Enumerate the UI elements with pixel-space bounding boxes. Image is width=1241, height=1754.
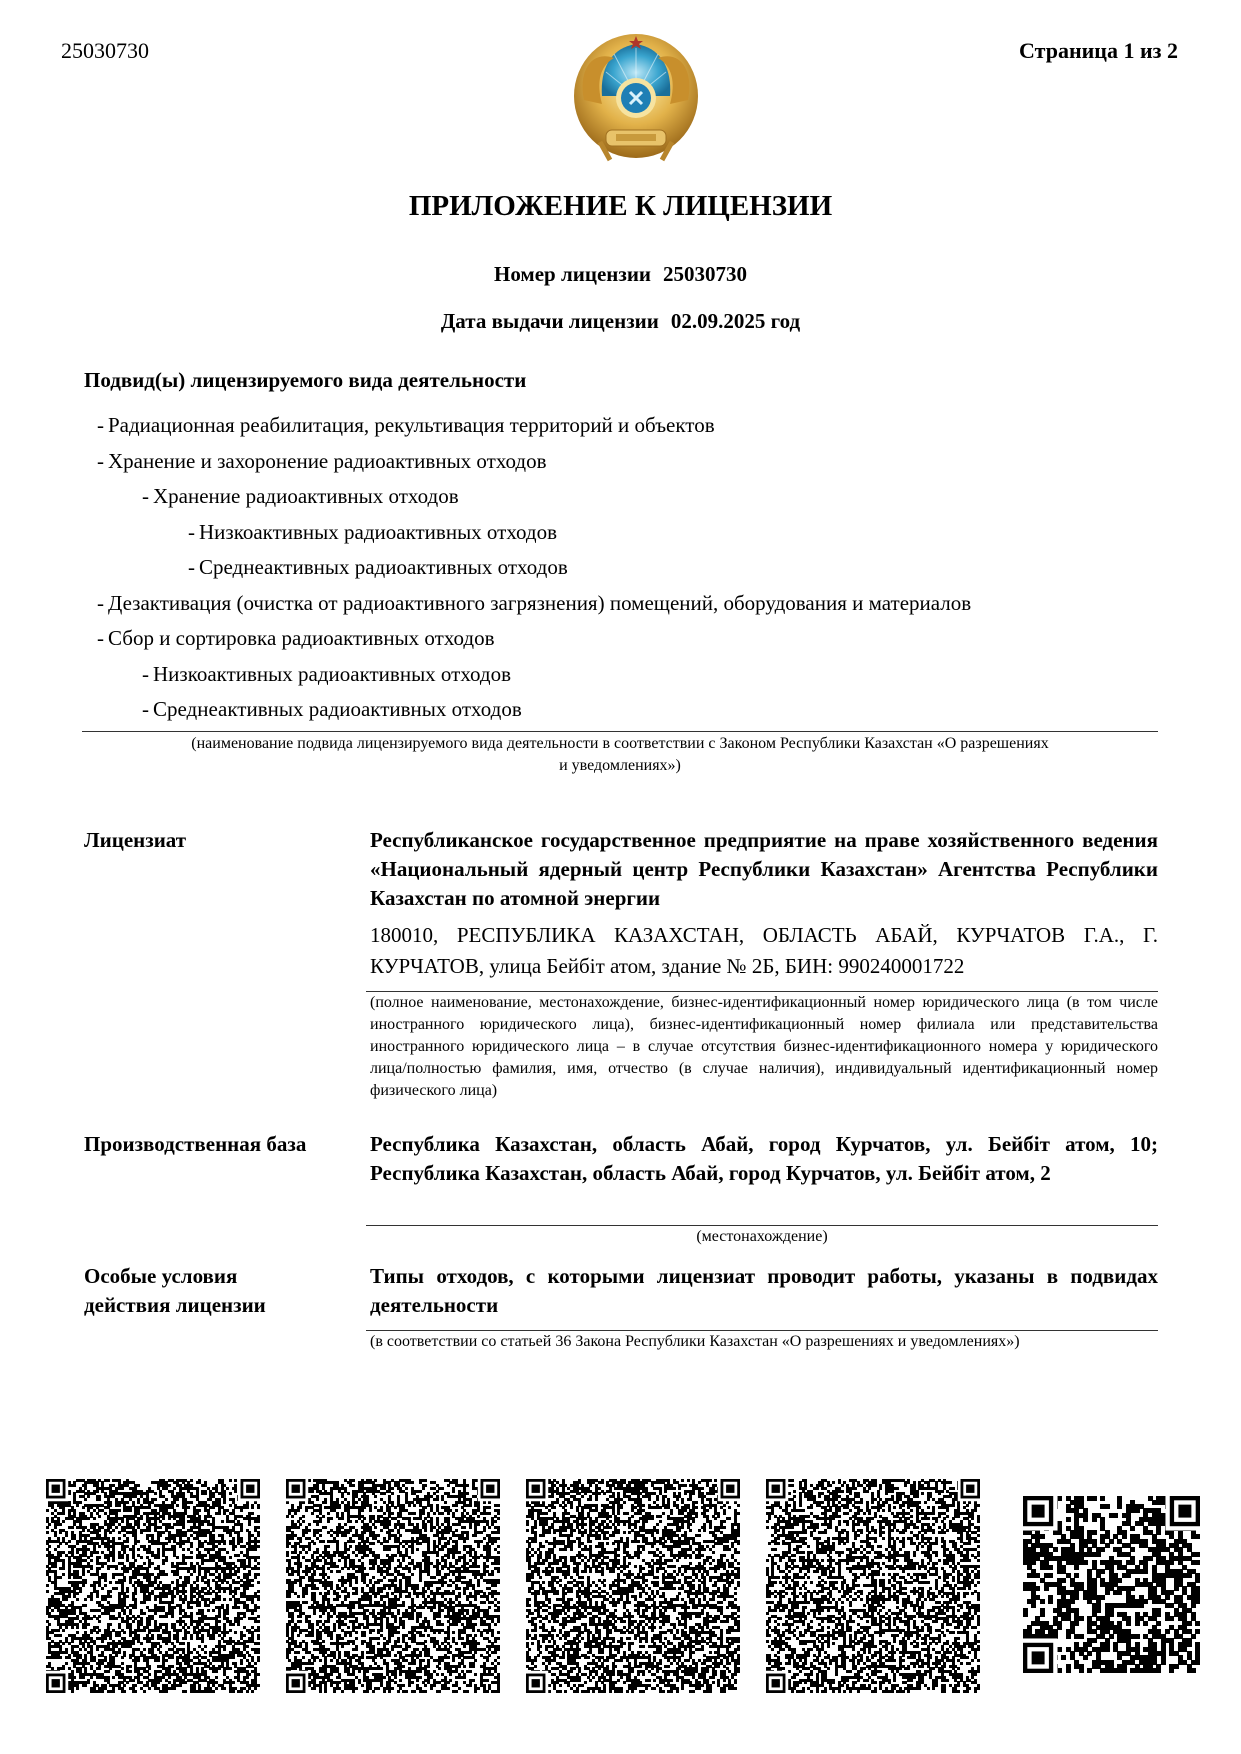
activity-item: -Хранение радиоактивных отходов: [142, 484, 459, 509]
activities-heading: Подвид(ы) лицензируемого вида деятельнос…: [84, 368, 526, 393]
activity-text: Среднеактивных радиоактивных отходов: [153, 697, 522, 721]
activity-item: -Хранение и захоронение радиоактивных от…: [97, 449, 547, 474]
document-number: 25030730: [61, 38, 149, 64]
activity-item: -Дезактивация (очистка от радиоактивного…: [97, 591, 971, 616]
production-base-value: Республика Казахстан, область Абай, горо…: [370, 1130, 1158, 1188]
activity-text: Низкоактивных радиоактивных отходов: [153, 662, 511, 686]
activity-item: -Среднеактивных радиоактивных отходов: [188, 555, 568, 580]
special-conditions-label-line-1: Особые условия: [84, 1262, 266, 1291]
activity-text: Хранение радиоактивных отходов: [153, 484, 459, 508]
activities-note-line-2: и уведомлениях»): [82, 755, 1158, 777]
activity-text: Низкоактивных радиоактивных отходов: [199, 520, 557, 544]
bullet-dash: -: [142, 484, 153, 509]
activity-item: -Низкоактивных радиоактивных отходов: [188, 520, 557, 545]
activity-text: Сбор и сортировка радиоактивных отходов: [108, 626, 495, 650]
licensee-note: (полное наименование, местонахождение, б…: [370, 992, 1158, 1102]
licensee-address: 180010, РЕСПУБЛИКА КАЗАХСТАН, ОБЛАСТЬ АБ…: [370, 920, 1158, 982]
activity-item: -Радиационная реабилитация, рекультиваци…: [97, 413, 715, 438]
license-date-value: 02.09.2025 год: [671, 309, 800, 333]
special-conditions-label-line-2: действия лицензии: [84, 1291, 266, 1320]
qr-code-5-icon: [1023, 1496, 1200, 1673]
bullet-dash: -: [142, 697, 153, 722]
qr-code-4-icon: [766, 1479, 980, 1693]
qr-code-2-icon: [286, 1479, 500, 1693]
license-number-value: 25030730: [663, 262, 747, 286]
production-base-note: (местонахождение): [366, 1226, 1158, 1248]
bullet-dash: -: [97, 626, 108, 651]
page-counter: Страница 1 из 2: [1019, 38, 1178, 64]
activity-text: Хранение и захоронение радиоактивных отх…: [108, 449, 547, 473]
activities-divider: [82, 731, 1158, 732]
page-title: ПРИЛОЖЕНИЕ К ЛИЦЕНЗИИ: [0, 190, 1241, 223]
bullet-dash: -: [97, 591, 108, 616]
activity-text: Радиационная реабилитация, рекультивация…: [108, 413, 715, 437]
qr-code-3-icon: [526, 1479, 740, 1693]
activity-text: Среднеактивных радиоактивных отходов: [199, 555, 568, 579]
bullet-dash: -: [188, 555, 199, 580]
activities-note: (наименование подвида лицензируемого вид…: [82, 733, 1158, 777]
bullet-dash: -: [188, 520, 199, 545]
bullet-dash: -: [97, 413, 108, 438]
activity-item: -Низкоактивных радиоактивных отходов: [142, 662, 511, 687]
bullet-dash: -: [97, 449, 108, 474]
special-conditions-note: (в соответствии со статьей 36 Закона Рес…: [370, 1331, 1158, 1353]
kazakhstan-state-emblem-icon: [570, 30, 702, 165]
license-date-line: Дата выдачи лицензии02.09.2025 год: [0, 309, 1241, 334]
qr-code-1-icon: [46, 1479, 260, 1693]
special-conditions-value: Типы отходов, с которыми лицензиат прово…: [370, 1262, 1158, 1320]
license-number-line: Номер лицензии25030730: [0, 262, 1241, 287]
activity-item: -Сбор и сортировка радиоактивных отходов: [97, 626, 495, 651]
activity-item: -Среднеактивных радиоактивных отходов: [142, 697, 522, 722]
licensee-label: Лицензиат: [84, 826, 186, 855]
bullet-dash: -: [142, 662, 153, 687]
special-conditions-label: Особые условия действия лицензии: [84, 1262, 266, 1320]
license-date-label: Дата выдачи лицензии: [441, 309, 659, 333]
activities-note-line-1: (наименование подвида лицензируемого вид…: [82, 733, 1158, 755]
license-number-label: Номер лицензии: [494, 262, 651, 286]
production-base-label: Производственная база: [84, 1130, 306, 1159]
activity-text: Дезактивация (очистка от радиоактивного …: [108, 591, 971, 615]
licensee-name: Республиканское государственное предприя…: [370, 826, 1158, 913]
